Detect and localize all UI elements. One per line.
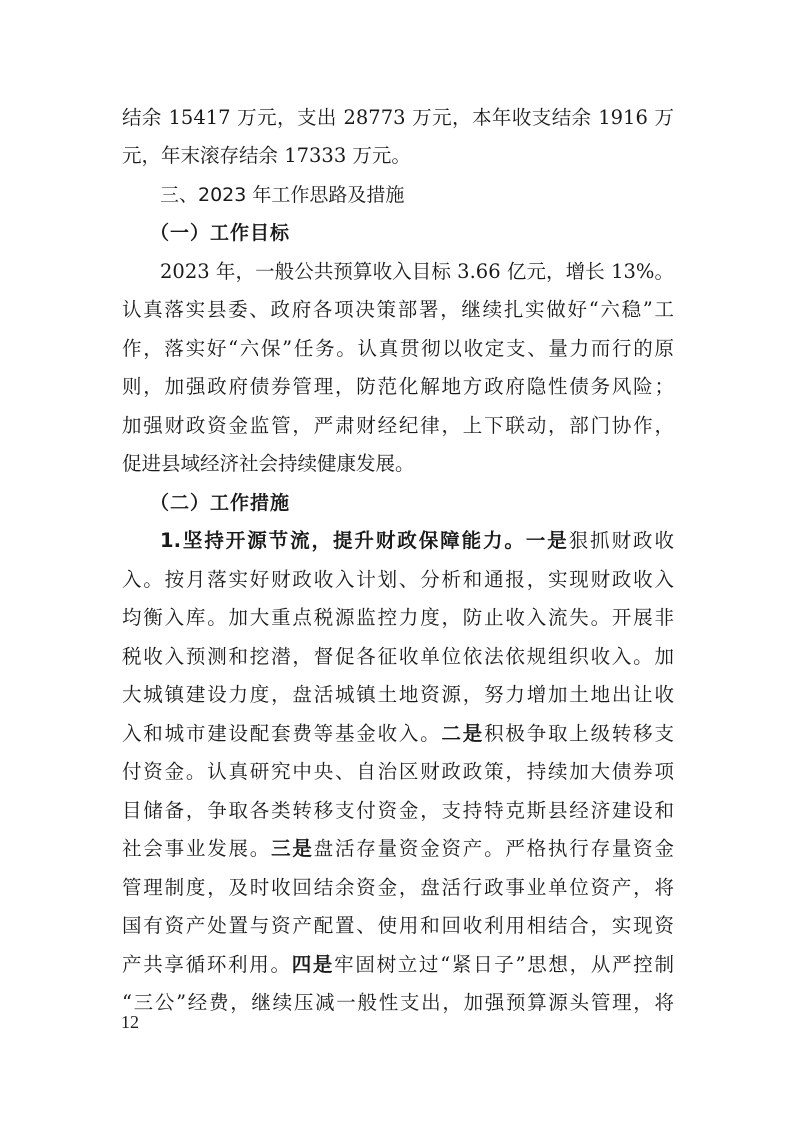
bold-lead-text: 1.坚持开源节流，提升财政保障能力。一是 xyxy=(160,529,569,552)
paragraph-line: 认真落实县委、政府各项决策部署，继续扎实做好“六稳”工 xyxy=(122,295,674,325)
line-text: 牢固树立过“紧日子”思想，从严控制 xyxy=(334,953,674,976)
paragraph-line: 大城镇建设力度，盘活城镇土地资源，努力增加土地出让收 xyxy=(122,680,674,710)
bold-lead-text: 三是 xyxy=(271,837,314,860)
paragraph-line: 社会事业发展。三是盘活存量资金资产。严格执行存量资金 xyxy=(122,834,674,864)
paragraph-line: 元，年末滚存结余 17333 万元。 xyxy=(122,141,674,171)
line-text: 产共享循环利用。 xyxy=(122,953,292,976)
paragraph-line: 管理制度，及时收回结余资金，盘活行政事业单位资产，将 xyxy=(122,873,674,903)
line-text: 盘活存量资金资产。严格执行存量资金 xyxy=(314,837,674,860)
paragraph-line: 加强财政资金监管，严肃财经纪律，上下联动，部门协作， xyxy=(122,411,674,441)
paragraph-line: 入和城市建设配套费等基金收入。二是积极争取上级转移支 xyxy=(122,719,674,749)
paragraph-line: 国有资产处置与资产配置、使用和回收利用相结合，实现资 xyxy=(122,911,674,941)
paragraph-line: 入。按月落实好财政收入计划、分析和通报，实现财政收入 xyxy=(122,565,674,595)
document-page: 结余 15417 万元，支出 28773 万元，本年收支结余 1916 万 元，… xyxy=(0,0,793,1122)
page-number: 12 xyxy=(121,1012,139,1033)
bold-lead-text: 二是 xyxy=(441,722,484,745)
subsection-heading: （二）工作措施 xyxy=(150,488,702,518)
section-heading: 三、2023 年工作思路及措施 xyxy=(160,180,674,210)
paragraph-line: 付资金。认真研究中央、自治区财政政策，持续加大债券项 xyxy=(122,757,674,787)
paragraph-line: 税收入预测和挖潜，督促各征收单位依法依规组织收入。加 xyxy=(122,642,674,672)
paragraph-line: 结余 15417 万元，支出 28773 万元，本年收支结余 1916 万 xyxy=(122,103,674,133)
paragraph-line: 目储备，争取各类转移支付资金，支持特克斯县经济建设和 xyxy=(122,796,674,826)
line-text: 狠抓财政收 xyxy=(569,529,674,552)
subsection-heading: （一）工作目标 xyxy=(150,218,702,248)
paragraph-line: 则，加强政府债券管理，防范化解地方政府隐性债务风险； xyxy=(122,372,674,402)
line-text: 积极争取上级转移支 xyxy=(484,722,674,745)
paragraph-line: 2023 年，一般公共预算收入目标 3.66 亿元，增长 13%。 xyxy=(160,257,674,287)
paragraph-line: 产共享循环利用。四是牢固树立过“紧日子”思想，从严控制 xyxy=(122,950,674,980)
paragraph-line: 均衡入库。加大重点税源监控力度，防止收入流失。开展非 xyxy=(122,603,674,633)
paragraph-line: “三公”经费，继续压减一般性支出，加强预算源头管理，将 xyxy=(122,988,674,1018)
bold-lead-text: 四是 xyxy=(292,953,334,976)
paragraph-line: 促进县域经济社会持续健康发展。 xyxy=(122,449,674,479)
paragraph-line: 1.坚持开源节流，提升财政保障能力。一是狠抓财政收 xyxy=(160,526,674,556)
line-text: 入和城市建设配套费等基金收入。 xyxy=(122,722,441,745)
line-text: 社会事业发展。 xyxy=(122,837,271,860)
paragraph-line: 作，落实好“六保”任务。认真贯彻以收定支、量力而行的原 xyxy=(122,334,674,364)
